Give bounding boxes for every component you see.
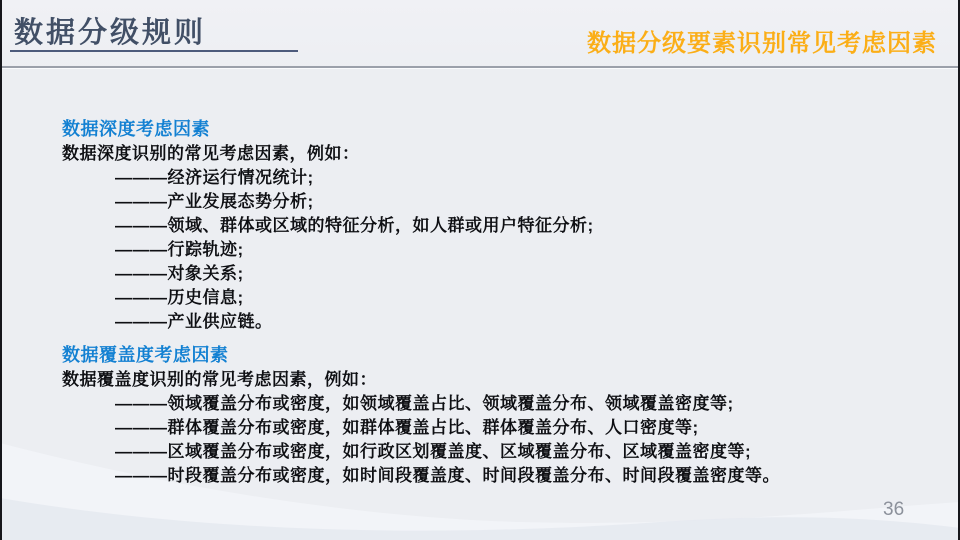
list-item: ———产业发展态势分析;: [62, 190, 780, 214]
list-item: ———对象关系;: [62, 262, 780, 286]
list-item: ———区域覆盖分布或密度，如行政区划覆盖度、区域覆盖分布、区域覆盖密度等;: [62, 440, 780, 464]
list-item: ———行踪轨迹;: [62, 238, 780, 262]
header-divider: [0, 66, 960, 68]
list-item: ———经济运行情况统计;: [62, 166, 780, 190]
list-item: ———时段覆盖分布或密度，如时间段覆盖度、时间段覆盖分布、时间段覆盖密度等。: [62, 464, 780, 488]
section-heading: 数据深度考虑因素: [62, 117, 780, 142]
section-data-depth: 数据深度考虑因素 数据深度识别的常见考虑因素，例如： ———经济运行情况统计; …: [62, 117, 780, 334]
section-intro: 数据深度识别的常见考虑因素，例如：: [62, 142, 780, 166]
page-title: 数据分级规则: [14, 10, 206, 51]
list-item: ———领域、群体或区域的特征分析，如人群或用户特征分析;: [62, 214, 780, 238]
section-heading: 数据覆盖度考虑因素: [62, 343, 780, 368]
slide-body: 数据深度考虑因素 数据深度识别的常见考虑因素，例如： ———经济运行情况统计; …: [62, 117, 780, 488]
section-intro: 数据覆盖度识别的常见考虑因素，例如：: [62, 368, 780, 392]
slide: 数据分级规则 数据分级要素识别常见考虑因素 数据深度考虑因素 数据深度识别的常见…: [0, 0, 960, 540]
page-number: 36: [883, 499, 904, 521]
list-item: ———历史信息;: [62, 286, 780, 310]
section-data-coverage: 数据覆盖度考虑因素 数据覆盖度识别的常见考虑因素，例如： ———领域覆盖分布或密…: [62, 343, 780, 488]
list-item: ———领域覆盖分布或密度，如领域覆盖占比、领域覆盖分布、领域覆盖密度等;: [62, 392, 780, 416]
header-subtitle: 数据分级要素识别常见考虑因素: [587, 23, 937, 58]
list-item: ———群体覆盖分布或密度，如群体覆盖占比、群体覆盖分布、人口密度等;: [62, 416, 780, 440]
left-edge-bar: [0, 0, 2, 540]
slide-header: 数据分级规则 数据分级要素识别常见考虑因素: [0, 0, 960, 68]
title-underline: [10, 50, 298, 52]
list-item: ———产业供应链。: [62, 310, 780, 334]
